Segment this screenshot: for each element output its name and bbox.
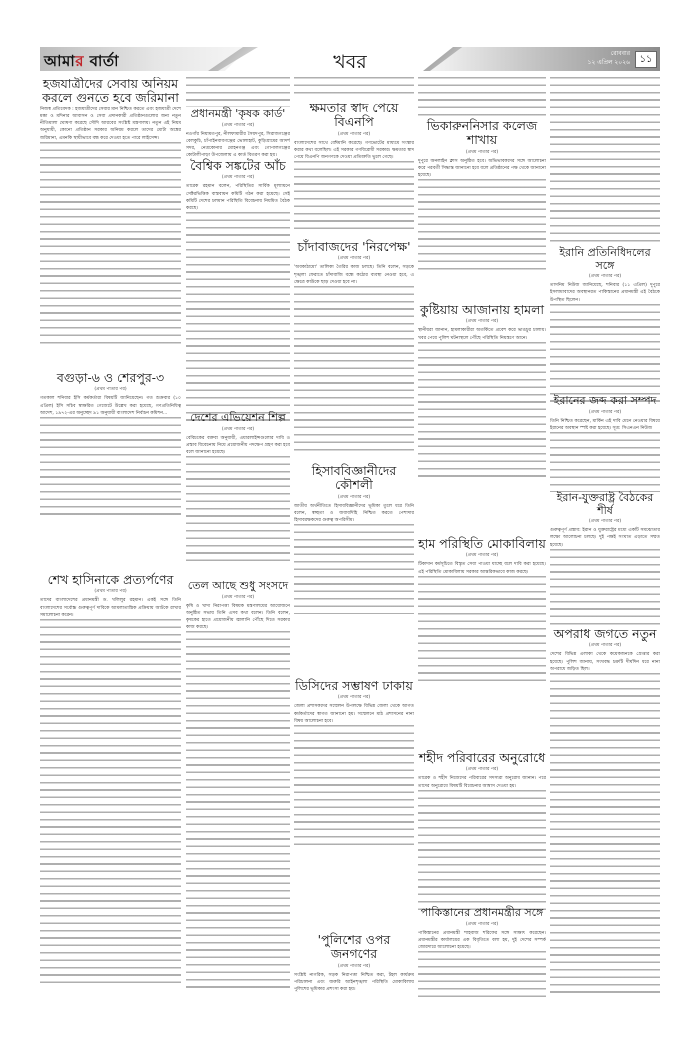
article-continuation	[418, 77, 546, 117]
article-kicker: (প্রথম পাতার পর)	[418, 552, 546, 559]
article-headline: তেল আছে শুধু সংসদে	[186, 580, 290, 593]
article-body	[294, 725, 414, 850]
article-body	[418, 790, 546, 910]
article-body	[550, 432, 660, 492]
article-headline: দেশের এভিয়েশন শিল্প	[186, 412, 290, 425]
article-lead: জেলা প্রশাসকদের সম্মেলন উপলক্ষে বিভিন্ন …	[294, 703, 414, 725]
logo-text-1: আমা	[44, 52, 75, 70]
article-headline: হাম পরিস্থিতি মোকাবিলায়	[418, 537, 546, 551]
article: পাকিস্তানের প্রধানমন্ত্রীর সঙ্গে (প্রথম …	[418, 907, 546, 1007]
article-body	[40, 142, 181, 347]
article-lead: বাংলাদেশের সাথে বেঈমানি করেছে। গণভোটের ম…	[294, 140, 414, 162]
article-kicker: (প্রথম পাতার পর)	[40, 386, 181, 393]
article-lead: সংশ্লিষ্ট নাগরিক, সড়ক নিরাপত্তা নিশ্চিত…	[294, 972, 414, 994]
article-headline: ইরানি প্রতিনিধিদলের সঙ্গে	[550, 247, 660, 272]
logo-accent: র	[75, 52, 84, 70]
column-2: প্রধানমন্ত্রী 'কৃষক কার্ড' (প্রথম পাতার …	[186, 77, 290, 1007]
article-lead: কৃষি ও খাদ্য নিরাপত্তা বিষয়ক মন্ত্রণালয…	[186, 603, 290, 632]
article-kicker: (প্রথম পাতার পর)	[40, 588, 181, 595]
article-headline: অপরাধ জগতে নতুন	[550, 627, 660, 641]
article-headline: প্রধানমন্ত্রী 'কৃষক কার্ড'	[186, 108, 290, 121]
article-columns: হজযাত্রীদের সেবায় অনিয়ম করলে গুনতে হবে…	[40, 77, 660, 1007]
article-lead: নিজস্ব প্রতিবেদক : হজযাত্রীদের সেবার মান…	[40, 106, 181, 142]
article-kicker: (প্রথম পাতার পর)	[294, 694, 414, 701]
newspaper-logo: আমার বার্তা	[44, 50, 119, 75]
article-lead: দেশের বিভিন্ন এলাকা থেকে কয়েকজনকে গ্রেপ…	[550, 651, 660, 673]
article-lead: তারেক ও শহীদ নিজেদের পরিবারের সদস্যরা অন…	[418, 775, 546, 789]
article-body	[294, 161, 414, 231]
column-4: ভিকারুননিসার কলেজ শাখায় (প্রথম পাতার পর…	[418, 77, 546, 1007]
column-5: ইরানি প্রতিনিধিদলের সঙ্গে (প্রথম পাতার প…	[550, 77, 660, 1007]
article-body	[418, 951, 546, 1001]
article-kicker: (প্রথম পাতার পর)	[418, 766, 546, 773]
article-kicker: (প্রথম পাতার পর)	[294, 963, 414, 970]
article-continuation	[550, 77, 660, 247]
article-headline: ইরানের জব্দ করা সম্পদ	[550, 395, 660, 408]
article-body	[418, 179, 546, 274]
article: ডিসিদের সম্ভাষণ ঢাকায় (প্রথম পাতার পর) …	[294, 679, 414, 854]
article-kicker: (প্রথম পাতার পর)	[186, 122, 290, 129]
article: তেল আছে শুধু সংসদে (প্রথম পাতার পর) কৃষি…	[186, 580, 290, 1007]
issue-date: রোববার ১২ এপ্রিল ২০২৬	[588, 49, 630, 67]
column-1: হজযাত্রীদের সেবায় অনিয়ম করলে গুনতে হবে…	[40, 77, 181, 1007]
issue-day: রোববার	[588, 49, 630, 58]
article: অপরাধ জগতে নতুন (প্রথম পাতার পর) দেশের ব…	[550, 627, 660, 1007]
article-body	[550, 549, 660, 629]
article-body	[418, 342, 546, 482]
article-lead: নওগাঁর নিয়ামতপুর, নীলফামারীর সৈয়দপুর, …	[186, 131, 290, 160]
article: ইরানের জব্দ করা সম্পদ (প্রথম পাতার পর) ত…	[550, 395, 660, 505]
newspaper-page: আমার বার্তা খবর রোববার ১২ এপ্রিল ২০২৬ ১১…	[40, 47, 660, 1007]
article-kicker: (প্রথম পাতার পর)	[418, 921, 546, 928]
issue-date-text: ১২ এপ্রিল ২০২৬	[588, 58, 630, 67]
column-3: ক্ষমতার স্বাদ পেয়ে বিএনপি (প্রথম পাতার …	[294, 77, 414, 1007]
article-kicker: (প্রথম পাতার পর)	[550, 273, 660, 280]
article: ইরান-যুক্তরাষ্ট্র বৈঠকের শীর্ষ (প্রথম পা…	[550, 492, 660, 622]
article: শহীদ পরিবারের অনুরোধে (প্রথম পাতার পর) ত…	[418, 751, 546, 931]
article-kicker: (প্রথম পাতার পর)	[418, 149, 546, 156]
article-headline: শহীদ পরিবারের অনুরোধে	[418, 751, 546, 765]
logo-text-2: বার্তা	[84, 52, 119, 70]
article-kicker: (প্রথম পাতার পর)	[294, 255, 414, 262]
article-lead: তাসনিম নিউজ জানিয়েছে, শনিবার (১১ এপ্রিল…	[550, 282, 660, 304]
article-body	[40, 417, 181, 517]
article-continuation	[294, 77, 414, 99]
article: ক্ষমতার স্বাদ পেয়ে বিএনপি (প্রথম পাতার …	[294, 101, 414, 236]
article-headline: ইরান-যুক্তরাষ্ট্র বৈঠকের শীর্ষ	[550, 492, 660, 517]
article: ভিকারুননিসার কলেজ শাখায় (প্রথম পাতার পর…	[418, 119, 546, 269]
article-lead: পাকিস্তানের প্রধানমন্ত্রী শাহবাজ শরিফের …	[418, 930, 546, 952]
article-headline: শেখ হাসিনাকে প্রত্যর্পণের	[40, 573, 181, 587]
article-body	[294, 286, 414, 451]
masthead: আমার বার্তা খবর রোববার ১২ এপ্রিল ২০২৬ ১১	[40, 47, 660, 71]
article: হিসাববিজ্ঞানীদের কৌশলী (প্রথম পাতার পর) …	[294, 464, 414, 604]
article: 'পুলিশের ওপর জনগণের (প্রথম পাতার পর) সংশ…	[294, 933, 414, 1007]
article-lead: বেবিচকের বক্তব্য অনুযায়ী, এয়ারলাইন্সগু…	[186, 435, 290, 457]
article-lead: টিকাদান কর্মসূচিতে বিস্তৃত সেবা পাওয়া য…	[418, 561, 546, 575]
article-headline: ডিসিদের সম্ভাষণ ঢাকায়	[294, 679, 414, 693]
article-continuation	[186, 77, 290, 107]
article-lead: 'অবকাঠামো' তালিকা তৈরির কাজ চলছে। তিনি ব…	[294, 264, 414, 286]
article-headline: ভিকারুননিসার কলেজ শাখায়	[418, 119, 546, 148]
article-kicker: (প্রথম পাতার পর)	[186, 594, 290, 601]
article-kicker: (প্রথম পাতার পর)	[550, 518, 660, 525]
article-headline: পাকিস্তানের প্রধানমন্ত্রীর সঙ্গে	[418, 907, 546, 920]
article-body	[186, 631, 290, 991]
article: কুষ্টিয়ায় আজানায় হামলা (প্রথম পাতার প…	[418, 303, 546, 493]
article-headline: হিসাববিজ্ঞানীদের কৌশলী	[294, 464, 414, 493]
article-headline: 'পুলিশের ওপর জনগণের	[294, 933, 414, 962]
article-kicker: (প্রথম পাতার পর)	[294, 131, 414, 138]
article-kicker: (প্রথম পাতার পর)	[294, 494, 414, 501]
article-lead: দুপুরে অনলাইন ক্লাস অনুষ্ঠিত হবে। অভিভাব…	[418, 158, 546, 180]
article-lead: তিনি নিশ্চিত করেছেন, মার্কিন এই দাবি মেন…	[550, 418, 660, 432]
article-headline: বৈশ্বিক সঙ্কটের আঁচ	[186, 159, 290, 173]
article: হজযাত্রীদের সেবায় অনিয়ম করলে গুনতে হবে…	[40, 77, 181, 367]
section-title: খবর	[310, 48, 390, 80]
article: হাম পরিস্থিতি মোকাবিলায় (প্রথম পাতার পর…	[418, 537, 546, 697]
article-body	[186, 212, 290, 422]
article-lead: তারেক রহমান বলেন, পরিস্থিতির সার্বিক মূল…	[186, 183, 290, 212]
article-kicker: (প্রথম পাতার পর)	[186, 426, 290, 433]
article: ইরানি প্রতিনিধিদলের সঙ্গে (প্রথম পাতার প…	[550, 247, 660, 402]
article-body	[294, 524, 414, 614]
article-body	[550, 673, 660, 993]
article-kicker: (প্রথম পাতার পর)	[550, 409, 660, 416]
article-headline: কুষ্টিয়ায় আজানায় হামলা	[418, 303, 546, 317]
article-body	[418, 576, 546, 686]
article: বৈশ্বিক সঙ্কটের আঁচ (প্রথম পাতার পর) তার…	[186, 159, 290, 439]
article: চাঁদাবাজদের 'নিরপেক্ষ' (প্রথম পাতার পর) …	[294, 240, 414, 460]
article-lead: জাতীয় অর্থনীতিতে হিসাববিজ্ঞানীদের ভূমিক…	[294, 503, 414, 525]
article-body	[550, 304, 660, 404]
article-body	[186, 456, 290, 566]
article: শেখ হাসিনাকে প্রত্যর্পণের (প্রথম পাতার প…	[40, 573, 181, 1007]
article-headline: বগুড়া-৬ ও শেরপুর-৩	[40, 371, 181, 385]
article-lead: স্থানীয়রা জানান, হামলাকারীরা অতর্কিতে প…	[418, 327, 546, 341]
article-body	[40, 619, 181, 989]
article-kicker: (প্রথম পাতার পর)	[418, 318, 546, 325]
article: দেশের এভিয়েশন শিল্প (প্রথম পাতার পর) বে…	[186, 412, 290, 572]
page-number: ১১	[635, 51, 657, 68]
article-kicker: (প্রথম পাতার পর)	[550, 642, 660, 649]
article-headline: হজযাত্রীদের সেবায় অনিয়ম করলে গুনতে হবে…	[40, 77, 181, 106]
article-lead: তাদের বাংলাদেশের প্রধানমন্ত্রী ড. খলিলুর…	[40, 597, 181, 619]
article-headline: ক্ষমতার স্বাদ পেয়ে বিএনপি	[294, 101, 414, 130]
article-kicker: (প্রথম পাতার পর)	[186, 174, 290, 181]
article: বগুড়া-৬ ও শেরপুর-৩ (প্রথম পাতার পর) গতক…	[40, 371, 181, 551]
article-lead: গতকাল শনিবার ইসি কর্মকর্তারা বিষয়টি জান…	[40, 395, 181, 417]
article-headline: চাঁদাবাজদের 'নিরপেক্ষ'	[294, 240, 414, 254]
article-lead: গুরুত্বপূর্ণ প্রস্তাব: ইরান ও যুক্তরাষ্ট…	[550, 527, 660, 549]
